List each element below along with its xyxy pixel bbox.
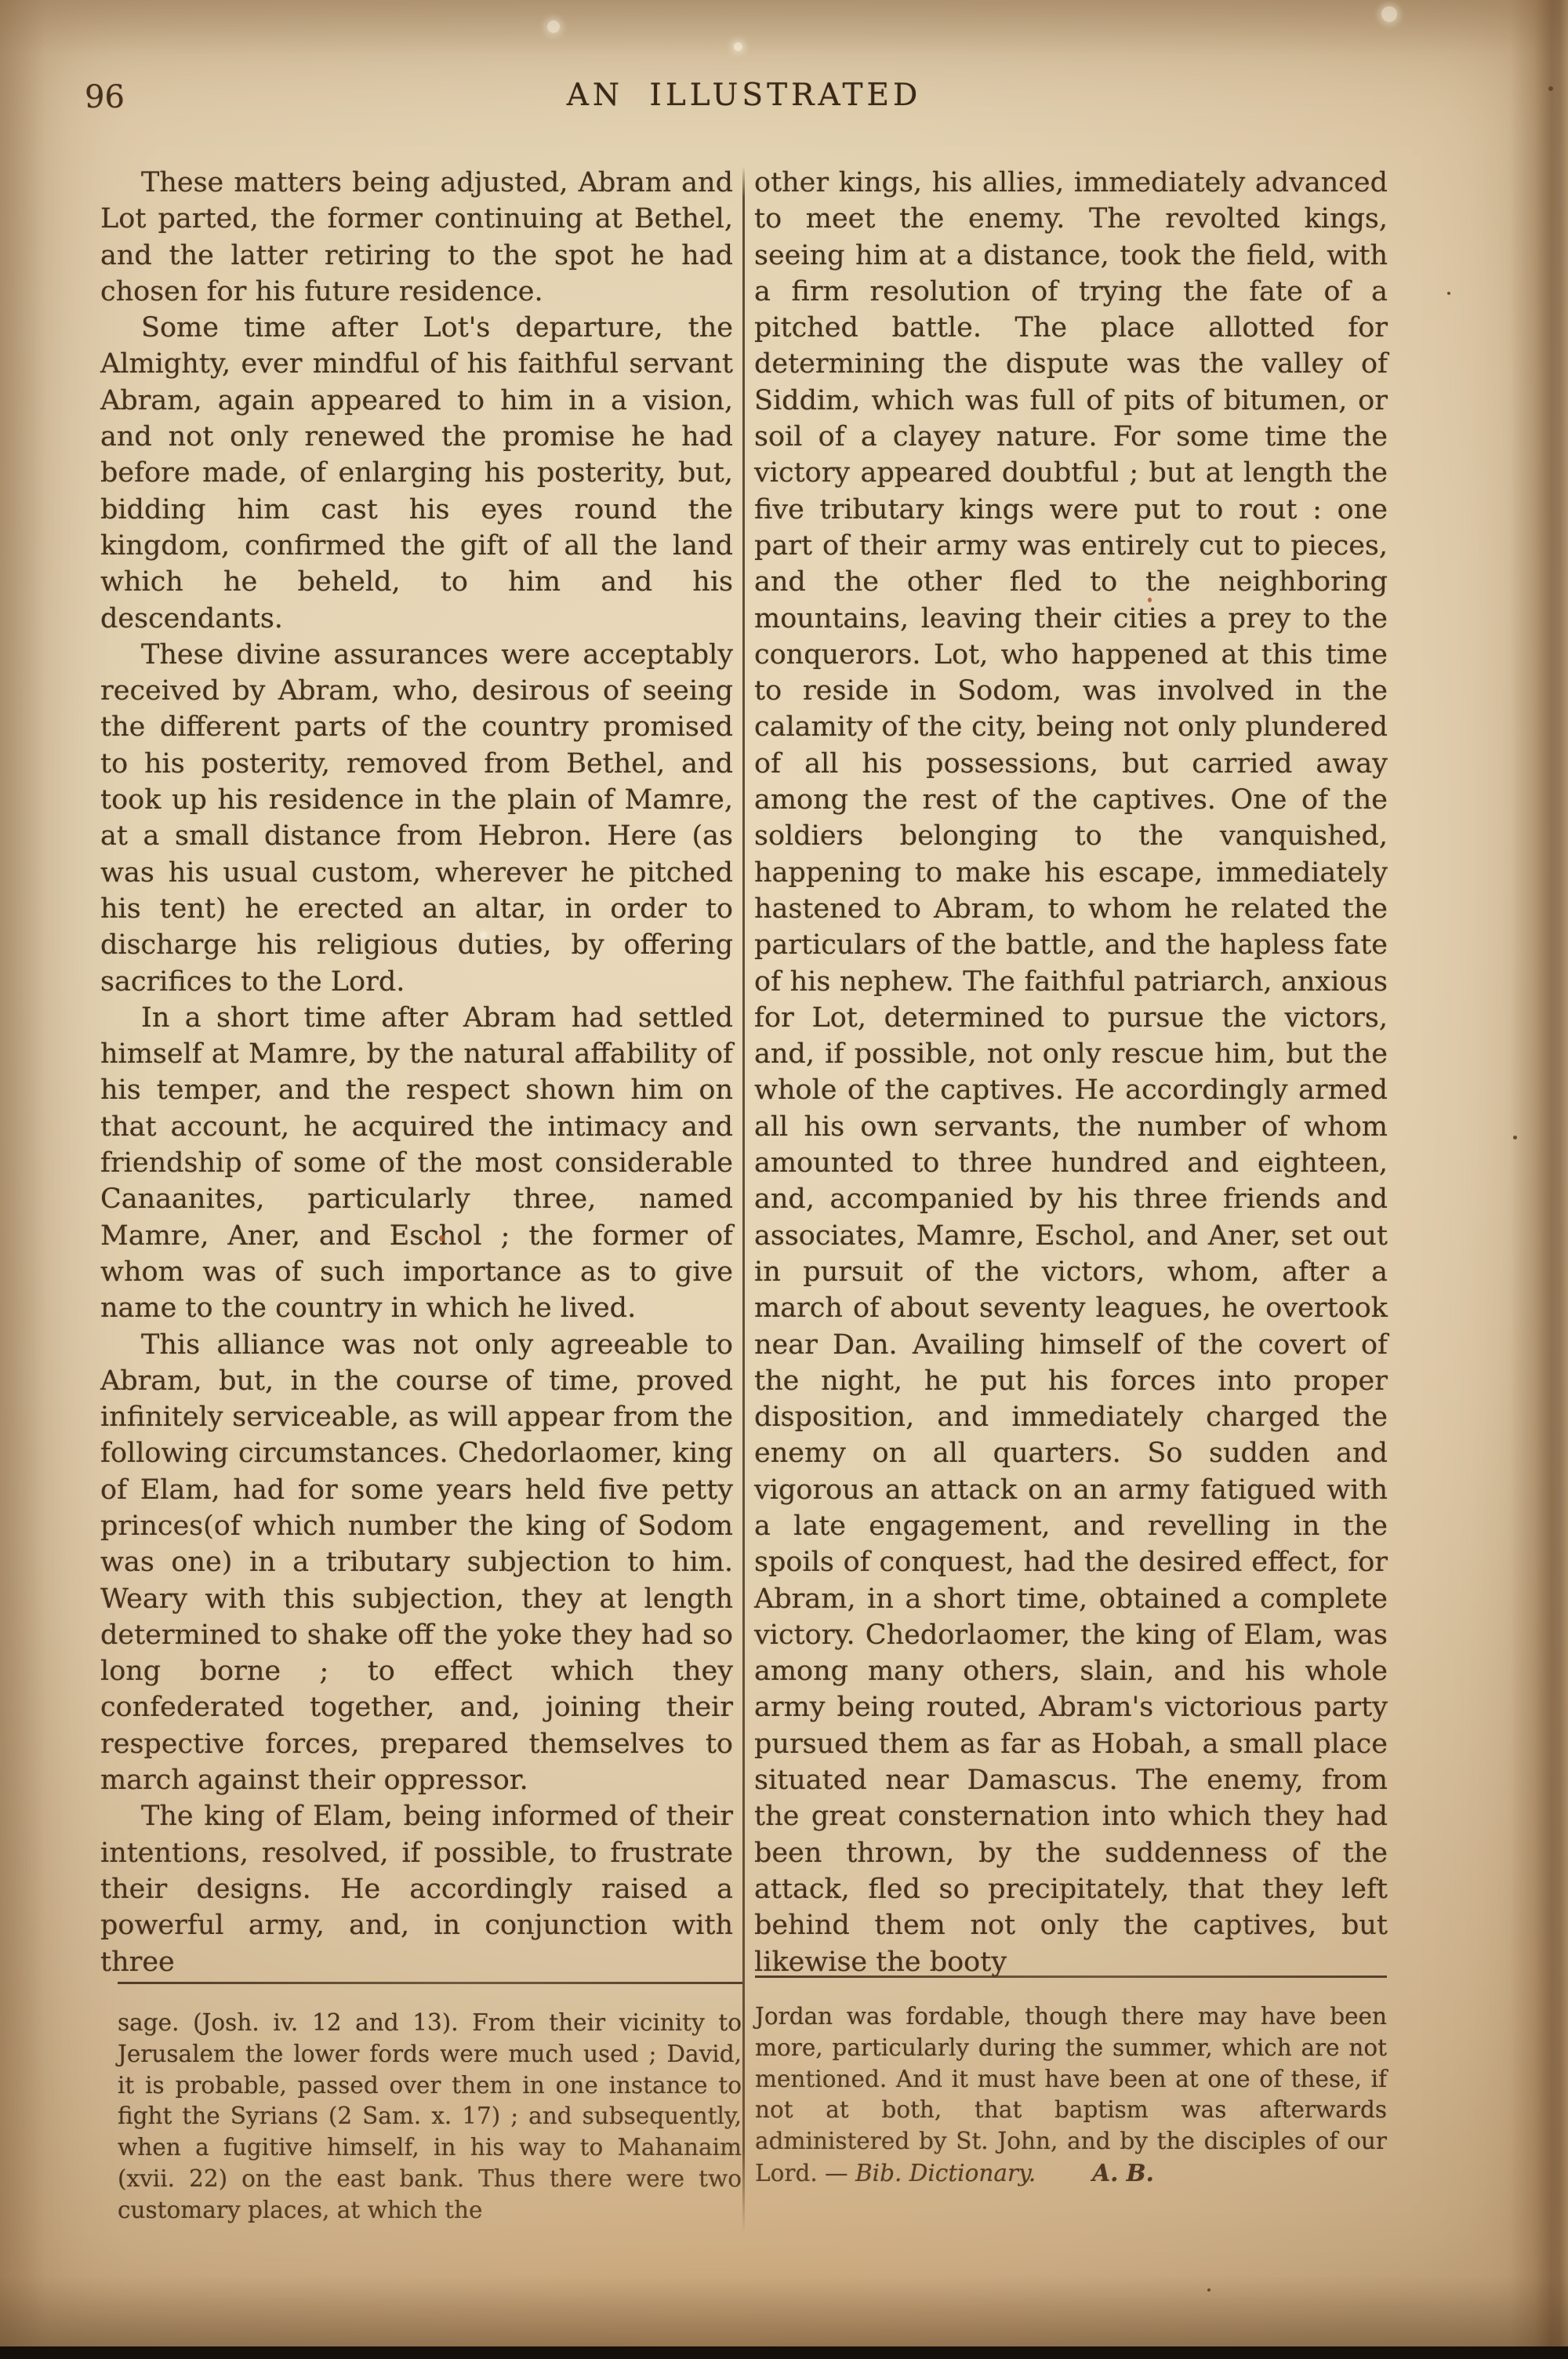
paper-speck [1548,86,1553,91]
paper-speck [1207,2288,1210,2292]
paper-speck [1513,1136,1517,1140]
running-head: AN ILLUSTRATED [100,78,1388,113]
footnote-right: Jordan was fordable, though there may ha… [755,2001,1387,2190]
book-page: 96 AN ILLUSTRATED These matters being ad… [0,0,1568,2359]
column-divider-rule [742,166,745,2234]
paper-speck [734,42,742,51]
paragraph: Some time after Lot's departure, the Alm… [100,310,733,637]
footnote-source: Bib. Dictionary. [855,2160,1036,2186]
paper-speck [1381,6,1397,22]
paragraph: The king of Elam, being informed of thei… [100,1798,733,1979]
paragraph: These matters being adjusted, Abram and … [100,165,733,310]
paragraph: In a short time after Abram had settled … [100,1000,733,1327]
footnote-left-text: sage. (Josh. iv. 12 and 13). From their … [118,2008,742,2226]
footnote-separator-right [755,1976,1387,1978]
left-column: These matters being adjusted, Abram and … [100,165,733,1980]
footnote-initials: A. B. [1092,2159,1154,2186]
bottom-shadow [0,2276,1568,2346]
footnote-left: sage. (Josh. iv. 12 and 13). From their … [118,2008,742,2226]
paragraph: These divine assurances were acceptably … [100,637,733,1000]
paper-speck [1447,292,1450,295]
paragraph: This alliance was not only agreeable to … [100,1327,733,1799]
page-edge-shadow [1510,0,1568,2359]
footnote-separator-left [118,1982,742,1984]
footnote-right-body: Jordan was fordable, though there may ha… [755,2003,1387,2186]
scan-bottom-bar [0,2346,1568,2359]
paragraph: other kings, his allies, immediately adv… [754,165,1388,1980]
right-column: other kings, his allies, immediately adv… [754,165,1388,1980]
paper-speck [547,20,560,33]
footnote-right-text: Jordan was fordable, though there may ha… [755,2001,1387,2190]
